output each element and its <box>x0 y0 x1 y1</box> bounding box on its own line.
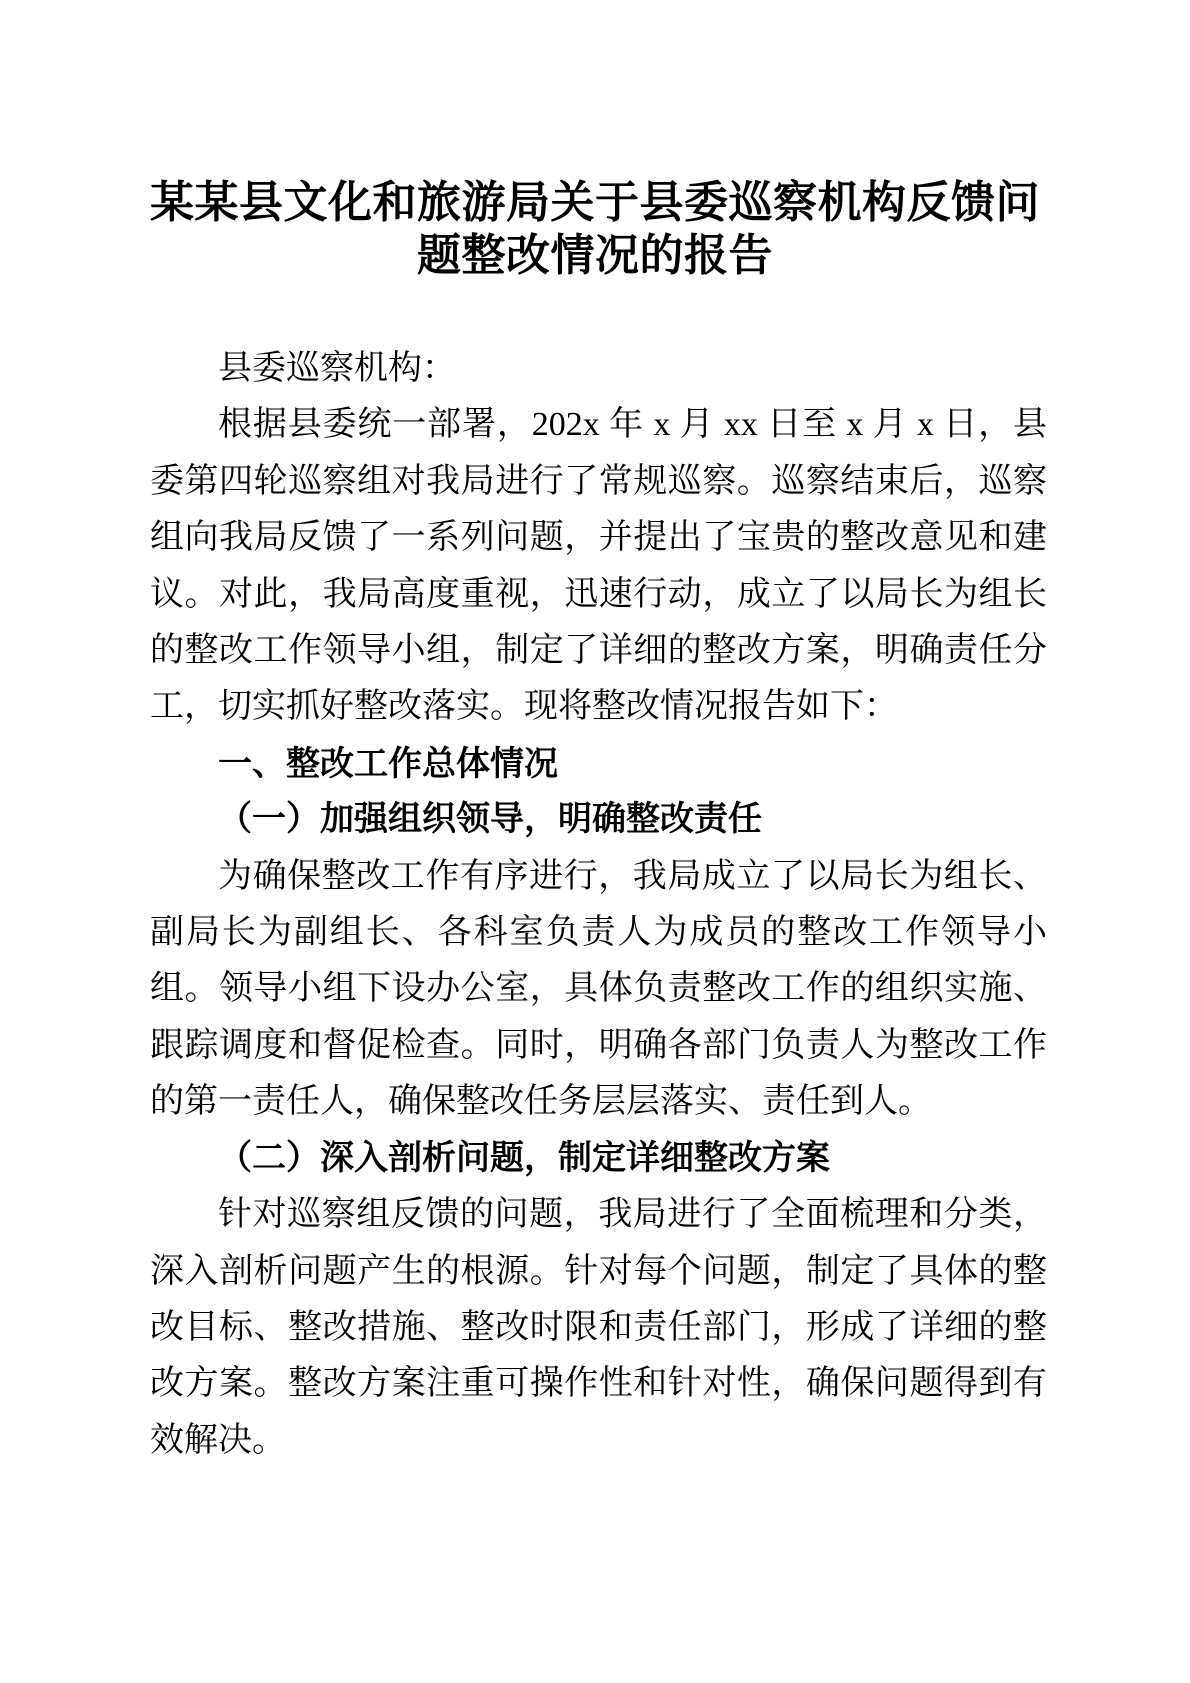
paragraph-1-1: 为确保整改工作有序进行，我局成立了以局长为组长、副局长为副组长、各科室负责人为成… <box>150 849 1047 1131</box>
document-title: 某某县文化和旅游局关于县委巡察机构反馈问 题整改情况的报告 <box>95 176 1095 282</box>
paragraph-1-2: 针对巡察组反馈的问题，我局进行了全面梳理和分类，深入剖析问题产生的根源。针对每个… <box>150 1187 1047 1469</box>
document-title-line2: 题整改情况的报告 <box>95 229 1095 282</box>
document-title-line1: 某某县文化和旅游局关于县委巡察机构反馈问 <box>95 176 1095 229</box>
document-page: 某某县文化和旅游局关于县委巡察机构反馈问 题整改情况的报告 县委巡察机构：根据县… <box>0 0 1190 1683</box>
salutation: 县委巡察机构： <box>150 341 1047 397</box>
subsection-heading-1-1: （一）加强组织领导，明确整改责任 <box>150 792 1047 848</box>
document-body: 县委巡察机构：根据县委统一部署，202x 年 x 月 xx 日至 x 月 x 日… <box>150 341 1047 1469</box>
intro-paragraph: 根据县委统一部署，202x 年 x 月 xx 日至 x 月 x 日，县委第四轮巡… <box>150 397 1047 735</box>
section-heading-1: 一、整改工作总体情况 <box>150 736 1047 792</box>
subsection-heading-1-2: （二）深入剖析问题，制定详细整改方案 <box>150 1131 1047 1187</box>
